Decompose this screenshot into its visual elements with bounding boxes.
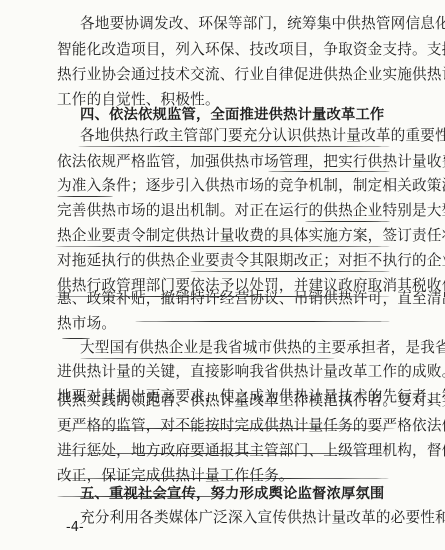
paragraph-line: 依法依规严格监管，加强供热市场管理，把实行供热计量收费作 — [57, 152, 389, 172]
paragraph-line: 改正，保证完成供热计量工作任务。 — [57, 466, 389, 486]
handwritten-underline — [190, 271, 390, 272]
paragraph-line: 惠、政策补贴，撤销特许经营协议、吊销供热许可，直至清出供 — [57, 289, 389, 309]
paragraph-line: 热企业要责令制定供热计量收费的具体实施方案，签订责任状。 — [57, 226, 389, 246]
paragraph-line: 对拖延执行的供热企业要责令其限期改正；对拒不执行的企业， — [57, 251, 389, 271]
paragraph-line: 大型国有供热企业是我省城市供热的主要承担者，是我省推 — [80, 338, 389, 358]
paragraph-line: 进供热计量的关键，直接影响我省供热计量改革工作的成败。各 — [57, 362, 389, 382]
paragraph-line: 热行业协会通过技术交流、行业自律促进供热企业实施供热计量 — [57, 65, 389, 85]
paragraph-line: 各地供热行政主管部门要充分认识供热计量改革的重要性， — [80, 126, 389, 146]
handwritten-underline — [62, 338, 90, 339]
section-heading-4: 四、依法依规监管，全面推进供热计量改革工作 — [80, 105, 389, 125]
handwritten-underline — [80, 358, 335, 359]
handwritten-underline — [57, 196, 113, 197]
handwritten-underline — [57, 478, 389, 479]
paragraph-line: 充分利用各类媒体广泛深入宣传供热计量改革的必要性和 — [80, 508, 389, 528]
paragraph-line: 完善供热市场的退出机制。对正在运行的供热企业特别是大型供 — [57, 201, 389, 221]
handwritten-underline — [55, 296, 390, 297]
paragraph-line: 为准入条件；逐步引入供热市场的竞争机制，制定相关政策法规， — [57, 176, 389, 196]
handwritten-underline — [57, 496, 237, 497]
paragraph-line: 智能化改造项目，列入环保、技改项目，争取资金支持。支持供 — [57, 40, 389, 60]
section-heading-5: 五、重视社会宣传，努力形成舆论监督浓厚氛围 — [80, 484, 389, 504]
paragraph-line: 进行惩处，地方政府要通报其主管部门、上级管理机构，督促其 — [57, 441, 389, 461]
handwritten-underline — [55, 246, 390, 247]
handwritten-underline — [268, 171, 390, 172]
handwritten-underline — [305, 221, 390, 222]
handwritten-underline — [78, 146, 390, 147]
paragraph-line: 供热实践的领跑者、供热计量改革工作模范执行者。要对其实施 — [57, 391, 389, 411]
paragraph-line: 热市场。 — [57, 314, 389, 334]
handwritten-underline — [57, 453, 389, 454]
paragraph-line: 各地要协调发改、环保等部门，统筹集中供热管网信息化和 — [80, 14, 389, 34]
page-number: -4- — [66, 520, 84, 535]
handwritten-underline — [60, 428, 395, 429]
paragraph-line: 更严格的监管，对不能按时完成供热计量任务的要严格依法依规 — [57, 416, 389, 436]
document-page: 各地要协调发改、环保等部门，统筹集中供热管网信息化和 智能化改造项目，列入环保、… — [0, 0, 445, 550]
